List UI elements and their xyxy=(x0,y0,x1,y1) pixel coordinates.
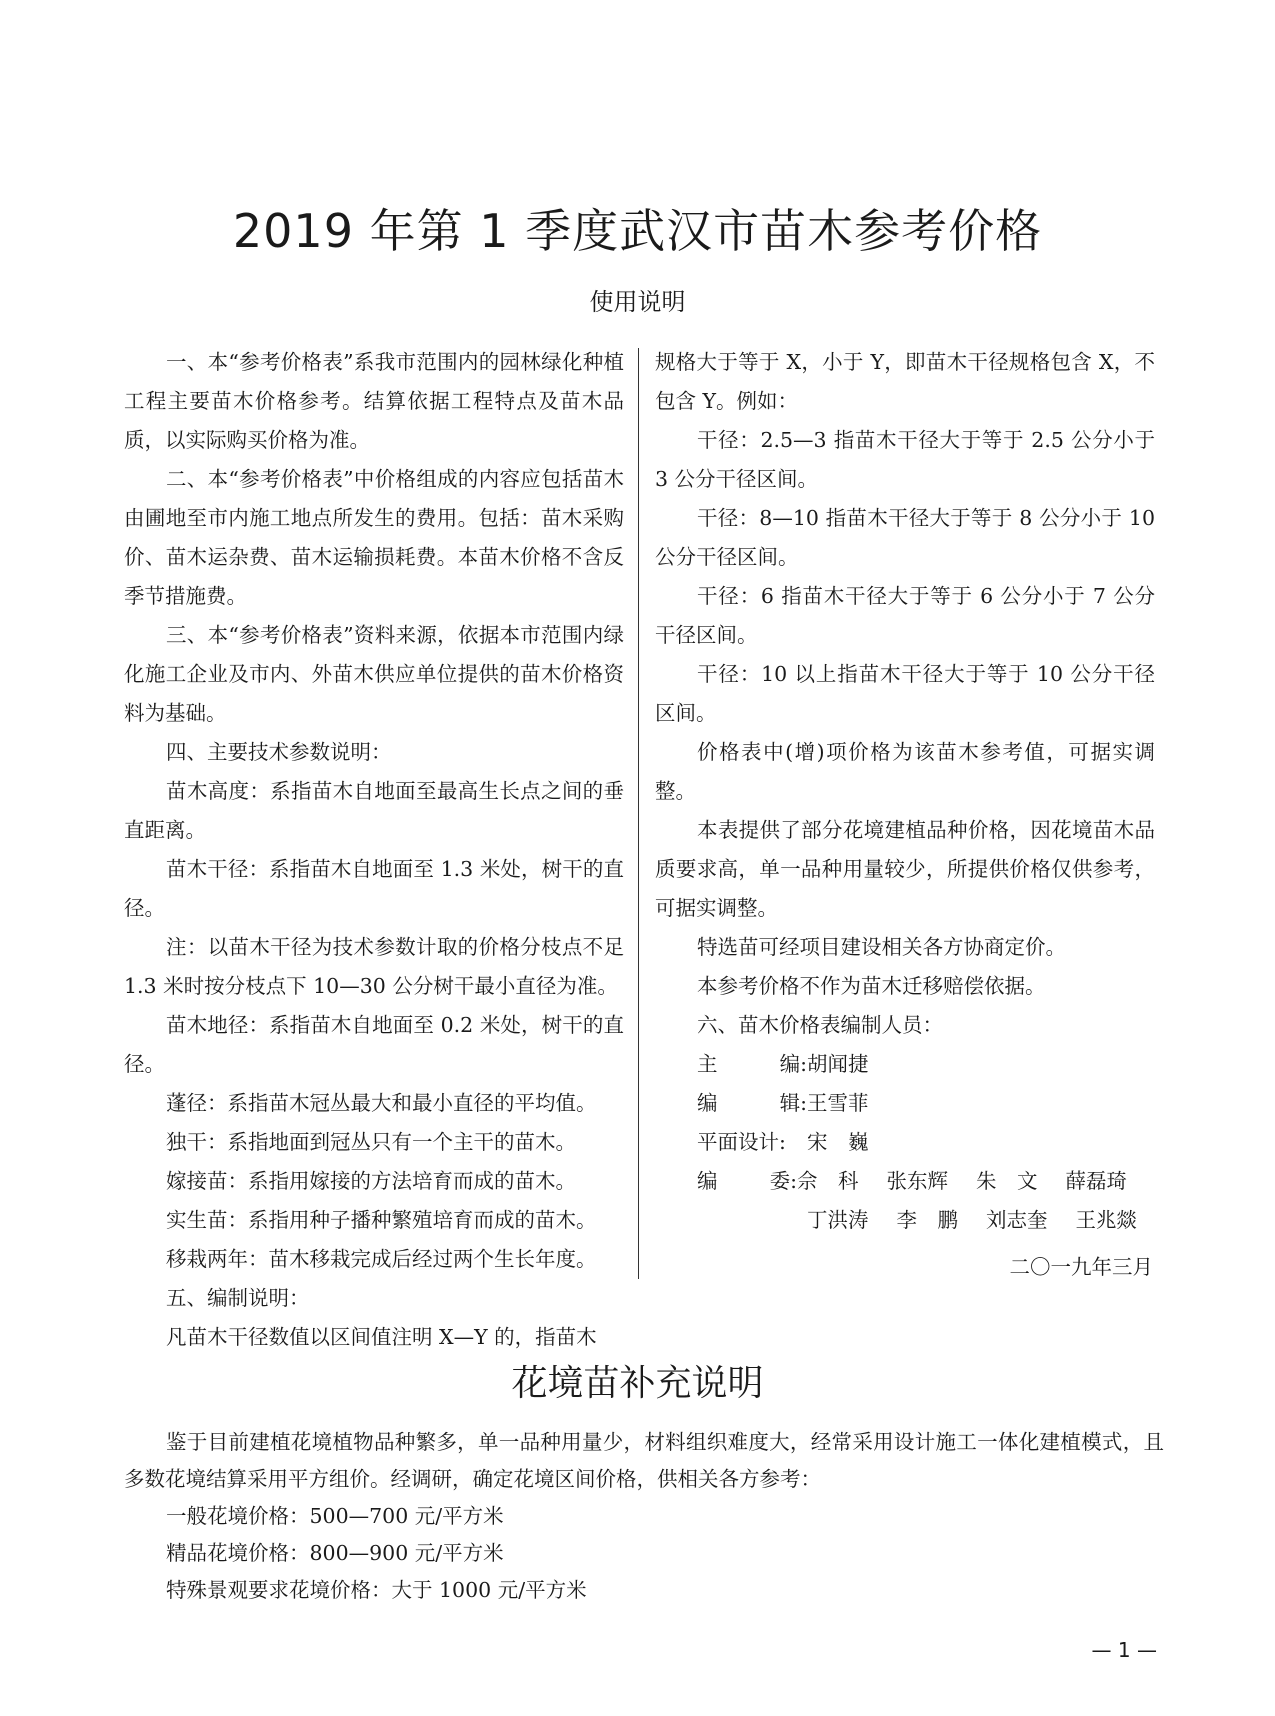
paragraph-interval: 凡苗木干径数值以区间值注明 X—Y 的，指苗木 xyxy=(124,1318,624,1357)
definition-single-trunk: 独干：系指地面到冠丛只有一个主干的苗木。 xyxy=(124,1123,624,1162)
paragraph-2: 二、本“参考价格表”中价格组成的内容应包括苗木由圃地至市内施工地点所发生的费用。… xyxy=(124,460,624,616)
section2-body: 鉴于目前建植花境植物品种繁多，单一品种用量少，材料组织难度大，经常采用设计施工一… xyxy=(124,1424,1164,1609)
staff-name: 李 鹏 xyxy=(897,1201,959,1240)
staff-name: 胡闻捷 xyxy=(807,1045,869,1084)
document-date: 二〇一九年三月 xyxy=(1010,1250,1154,1280)
paragraph-3: 三、本“参考价格表”资料来源，依据本市范围内绿化施工企业及市内、外苗木供应单位提… xyxy=(124,616,624,733)
staff-name: 宋 巍 xyxy=(807,1123,869,1162)
section-heading-5: 五、编制说明： xyxy=(124,1279,624,1318)
section-subtitle: 使用说明 xyxy=(0,282,1275,317)
note-branching: 注：以苗木干径为技术参数计取的价格分枝点不足 1.3 米时按分枝点下 10—30… xyxy=(124,928,624,1006)
example-1: 干径：2.5—3 指苗木干径大于等于 2.5 公分小于 3 公分干径区间。 xyxy=(655,421,1155,499)
left-column: 一、本“参考价格表”系我市范围内的园林绿化种植工程主要苗木价格参考。结算依据工程… xyxy=(124,343,624,1357)
column-divider xyxy=(638,348,639,1279)
section-heading-4: 四、主要技术参数说明： xyxy=(124,733,624,772)
staff-designer: 平面设计: 宋 巍 xyxy=(655,1123,1155,1162)
section2-title: 花境苗补充说明 xyxy=(0,1355,1275,1406)
right-column: 规格大于等于 X，小于 Y，即苗木干径规格包含 X，不包含 Y。例如： 干径：2… xyxy=(655,343,1155,1240)
definition-crown-diameter: 蓬径：系指苗木冠丛最大和最小直径的平均值。 xyxy=(124,1084,624,1123)
staff-name: 佘 科 xyxy=(797,1162,859,1201)
example-4: 干径：10 以上指苗木干径大于等于 10 公分干径区间。 xyxy=(655,655,1155,733)
staff-name: 刘志奎 xyxy=(986,1201,1048,1240)
note-compensation: 本参考价格不作为苗木迁移赔偿依据。 xyxy=(655,967,1155,1006)
price-general: 一般花境价格：500—700 元/平方米 xyxy=(124,1498,1164,1535)
role-part: 主 xyxy=(697,1045,718,1084)
staff-name: 丁洪涛 xyxy=(807,1201,869,1240)
section-heading-6: 六、苗木价格表编制人员： xyxy=(655,1006,1155,1045)
role-part: 编: xyxy=(780,1045,807,1084)
note-flower-border: 本表提供了部分花境建植品种价格，因花境苗木品质要求高，单一品种用量较少，所提供价… xyxy=(655,811,1155,928)
staff-chief-editor: 主 编: 胡闻捷 xyxy=(655,1045,1155,1084)
staff-name: 王雪菲 xyxy=(807,1084,869,1123)
definition-ground-diameter: 苗木地径：系指苗木自地面至 0.2 米处，树干的直径。 xyxy=(124,1006,624,1084)
staff-names: 胡闻捷 xyxy=(807,1045,897,1084)
staff-committee-cont: 丁洪涛 李 鹏 刘志奎 王兆燚 xyxy=(655,1201,1155,1240)
staff-role: 编 辑: xyxy=(697,1084,807,1123)
role-part: 辑: xyxy=(780,1084,807,1123)
definition-trunk-diameter: 苗木干径：系指苗木自地面至 1.3 米处，树干的直径。 xyxy=(124,850,624,928)
price-special: 特殊景观要求花境价格：大于 1000 元/平方米 xyxy=(124,1572,1164,1609)
staff-committee: 编 委: 佘 科 张东辉 朱 文 薛磊琦 xyxy=(655,1162,1155,1201)
example-2: 干径：8—10 指苗木干径大于等于 8 公分小于 10 公分干径区间。 xyxy=(655,499,1155,577)
staff-name: 朱 文 xyxy=(976,1162,1038,1201)
definition-transplant: 移栽两年：苗木移栽完成后经过两个生长年度。 xyxy=(124,1240,624,1279)
staff-name: 王兆燚 xyxy=(1076,1201,1138,1240)
paragraph-interval-cont: 规格大于等于 X，小于 Y，即苗木干径规格包含 X，不包含 Y。例如： xyxy=(655,343,1155,421)
price-premium: 精品花境价格：800—900 元/平方米 xyxy=(124,1535,1164,1572)
staff-role: 主 编: xyxy=(697,1045,807,1084)
staff-role: 编 委: xyxy=(697,1162,797,1201)
note-special-selection: 特选苗可经项目建设相关各方协商定价。 xyxy=(655,928,1155,967)
staff-names: 佘 科 张东辉 朱 文 薛磊琦 xyxy=(797,1162,1155,1201)
page-number: — 1 — xyxy=(1092,1638,1157,1662)
section2-intro: 鉴于目前建植花境植物品种繁多，单一品种用量少，材料组织难度大，经常采用设计施工一… xyxy=(124,1424,1164,1498)
paragraph-1: 一、本“参考价格表”系我市范围内的园林绿化种植工程主要苗木价格参考。结算依据工程… xyxy=(124,343,624,460)
note-increment: 价格表中(增)项价格为该苗木参考值，可据实调整。 xyxy=(655,733,1155,811)
staff-names: 丁洪涛 李 鹏 刘志奎 王兆燚 xyxy=(807,1201,1165,1240)
staff-name: 张东辉 xyxy=(887,1162,949,1201)
definition-seedling: 实生苗：系指用种子播种繁殖培育而成的苗木。 xyxy=(124,1201,624,1240)
staff-name: 薛磊琦 xyxy=(1066,1162,1128,1201)
staff-editor: 编 辑: 王雪菲 xyxy=(655,1084,1155,1123)
role-part: 委: xyxy=(770,1162,797,1201)
role-part: 编 xyxy=(697,1084,718,1123)
staff-names: 宋 巍 xyxy=(807,1123,897,1162)
page-title: 2019 年第 1 季度武汉市苗木参考价格 xyxy=(0,195,1275,261)
role-part: 编 xyxy=(697,1162,718,1201)
example-3: 干径：6 指苗木干径大于等于 6 公分小于 7 公分干径区间。 xyxy=(655,577,1155,655)
staff-role: 平面设计: xyxy=(697,1123,807,1162)
staff-names: 王雪菲 xyxy=(807,1084,897,1123)
definition-grafted: 嫁接苗：系指用嫁接的方法培育而成的苗木。 xyxy=(124,1162,624,1201)
definition-height: 苗木高度：系指苗木自地面至最高生长点之间的垂直距离。 xyxy=(124,772,624,850)
